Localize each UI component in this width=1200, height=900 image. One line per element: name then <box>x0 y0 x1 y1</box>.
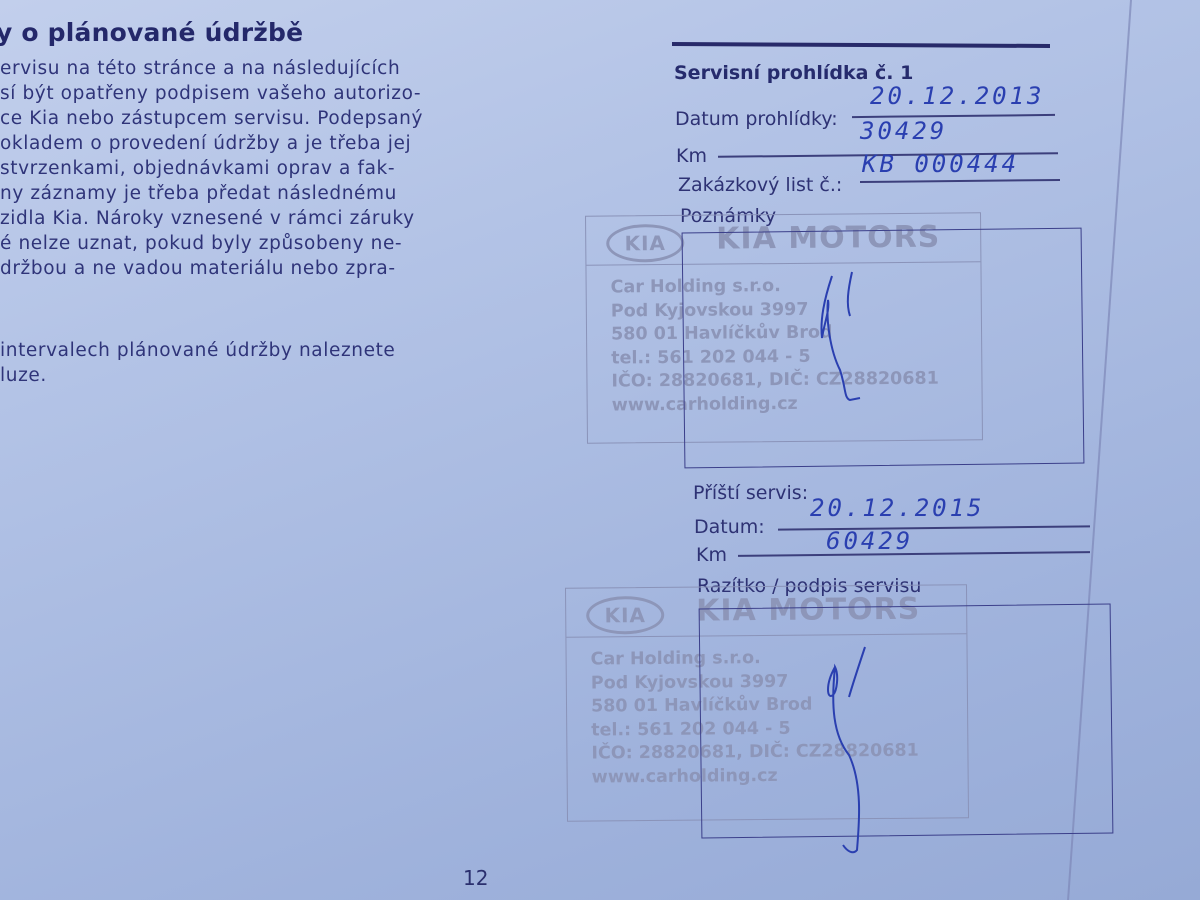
paragraph-line: é nelze uznat, pokud byly způsobeny ne- <box>0 233 402 254</box>
next-km-label: Km <box>696 544 727 566</box>
next-date-label: Datum: <box>694 516 765 538</box>
stamp-signature-box <box>699 603 1114 838</box>
km-value[interactable]: 30429 <box>860 117 947 145</box>
paragraph-line: intervalech plánované údržby naleznete <box>0 340 395 361</box>
signature-1 <box>810 270 890 420</box>
order-sheet-line <box>860 179 1060 183</box>
paragraph-line: zidla Kia. Nároky vznesené v rámci záruk… <box>0 208 415 229</box>
next-service-label: Příští servis: <box>693 482 808 504</box>
next-date-line <box>778 525 1090 530</box>
inspection-date-label: Datum prohlídky: <box>675 108 838 130</box>
inspection-date-value[interactable]: 20.12.2013 <box>870 82 1045 110</box>
paragraph-line: luze. <box>0 365 47 386</box>
next-km-value[interactable]: 60429 <box>826 527 913 555</box>
paragraph-line: stvrzenkami, objednávkami oprav a fak- <box>0 158 395 179</box>
kia-logo: KIA <box>606 224 684 263</box>
section-heading: y o plánované údržbě <box>0 18 303 47</box>
paragraph-line: ny záznamy je třeba předat následnému <box>0 183 397 204</box>
paragraph-line: ce Kia nebo zástupcem servisu. Podepsaný <box>0 108 423 129</box>
paragraph-line: okladem o provedení údržby a je třeba je… <box>0 133 411 154</box>
form-title: Servisní prohlídka č. 1 <box>674 62 913 84</box>
km-label: Km <box>676 145 707 167</box>
paragraph-line: drž­bou a ne vadou materiálu nebo zpra- <box>0 258 396 279</box>
page-number: 12 <box>463 866 488 890</box>
next-date-value[interactable]: 20.12.2015 <box>810 494 985 522</box>
order-sheet-value[interactable]: KB 000444 <box>862 150 1019 178</box>
signature-2 <box>815 645 895 865</box>
paragraph-line: ervisu na této stránce a na následujícíc… <box>0 58 400 79</box>
next-km-line <box>738 551 1090 556</box>
section-rule <box>672 42 1050 48</box>
kia-logo: KIA <box>586 596 664 635</box>
order-sheet-label: Zakázkový list č.: <box>678 174 842 196</box>
paragraph-line: sí být opatřeny podpisem vašeho autorizo… <box>0 83 421 104</box>
